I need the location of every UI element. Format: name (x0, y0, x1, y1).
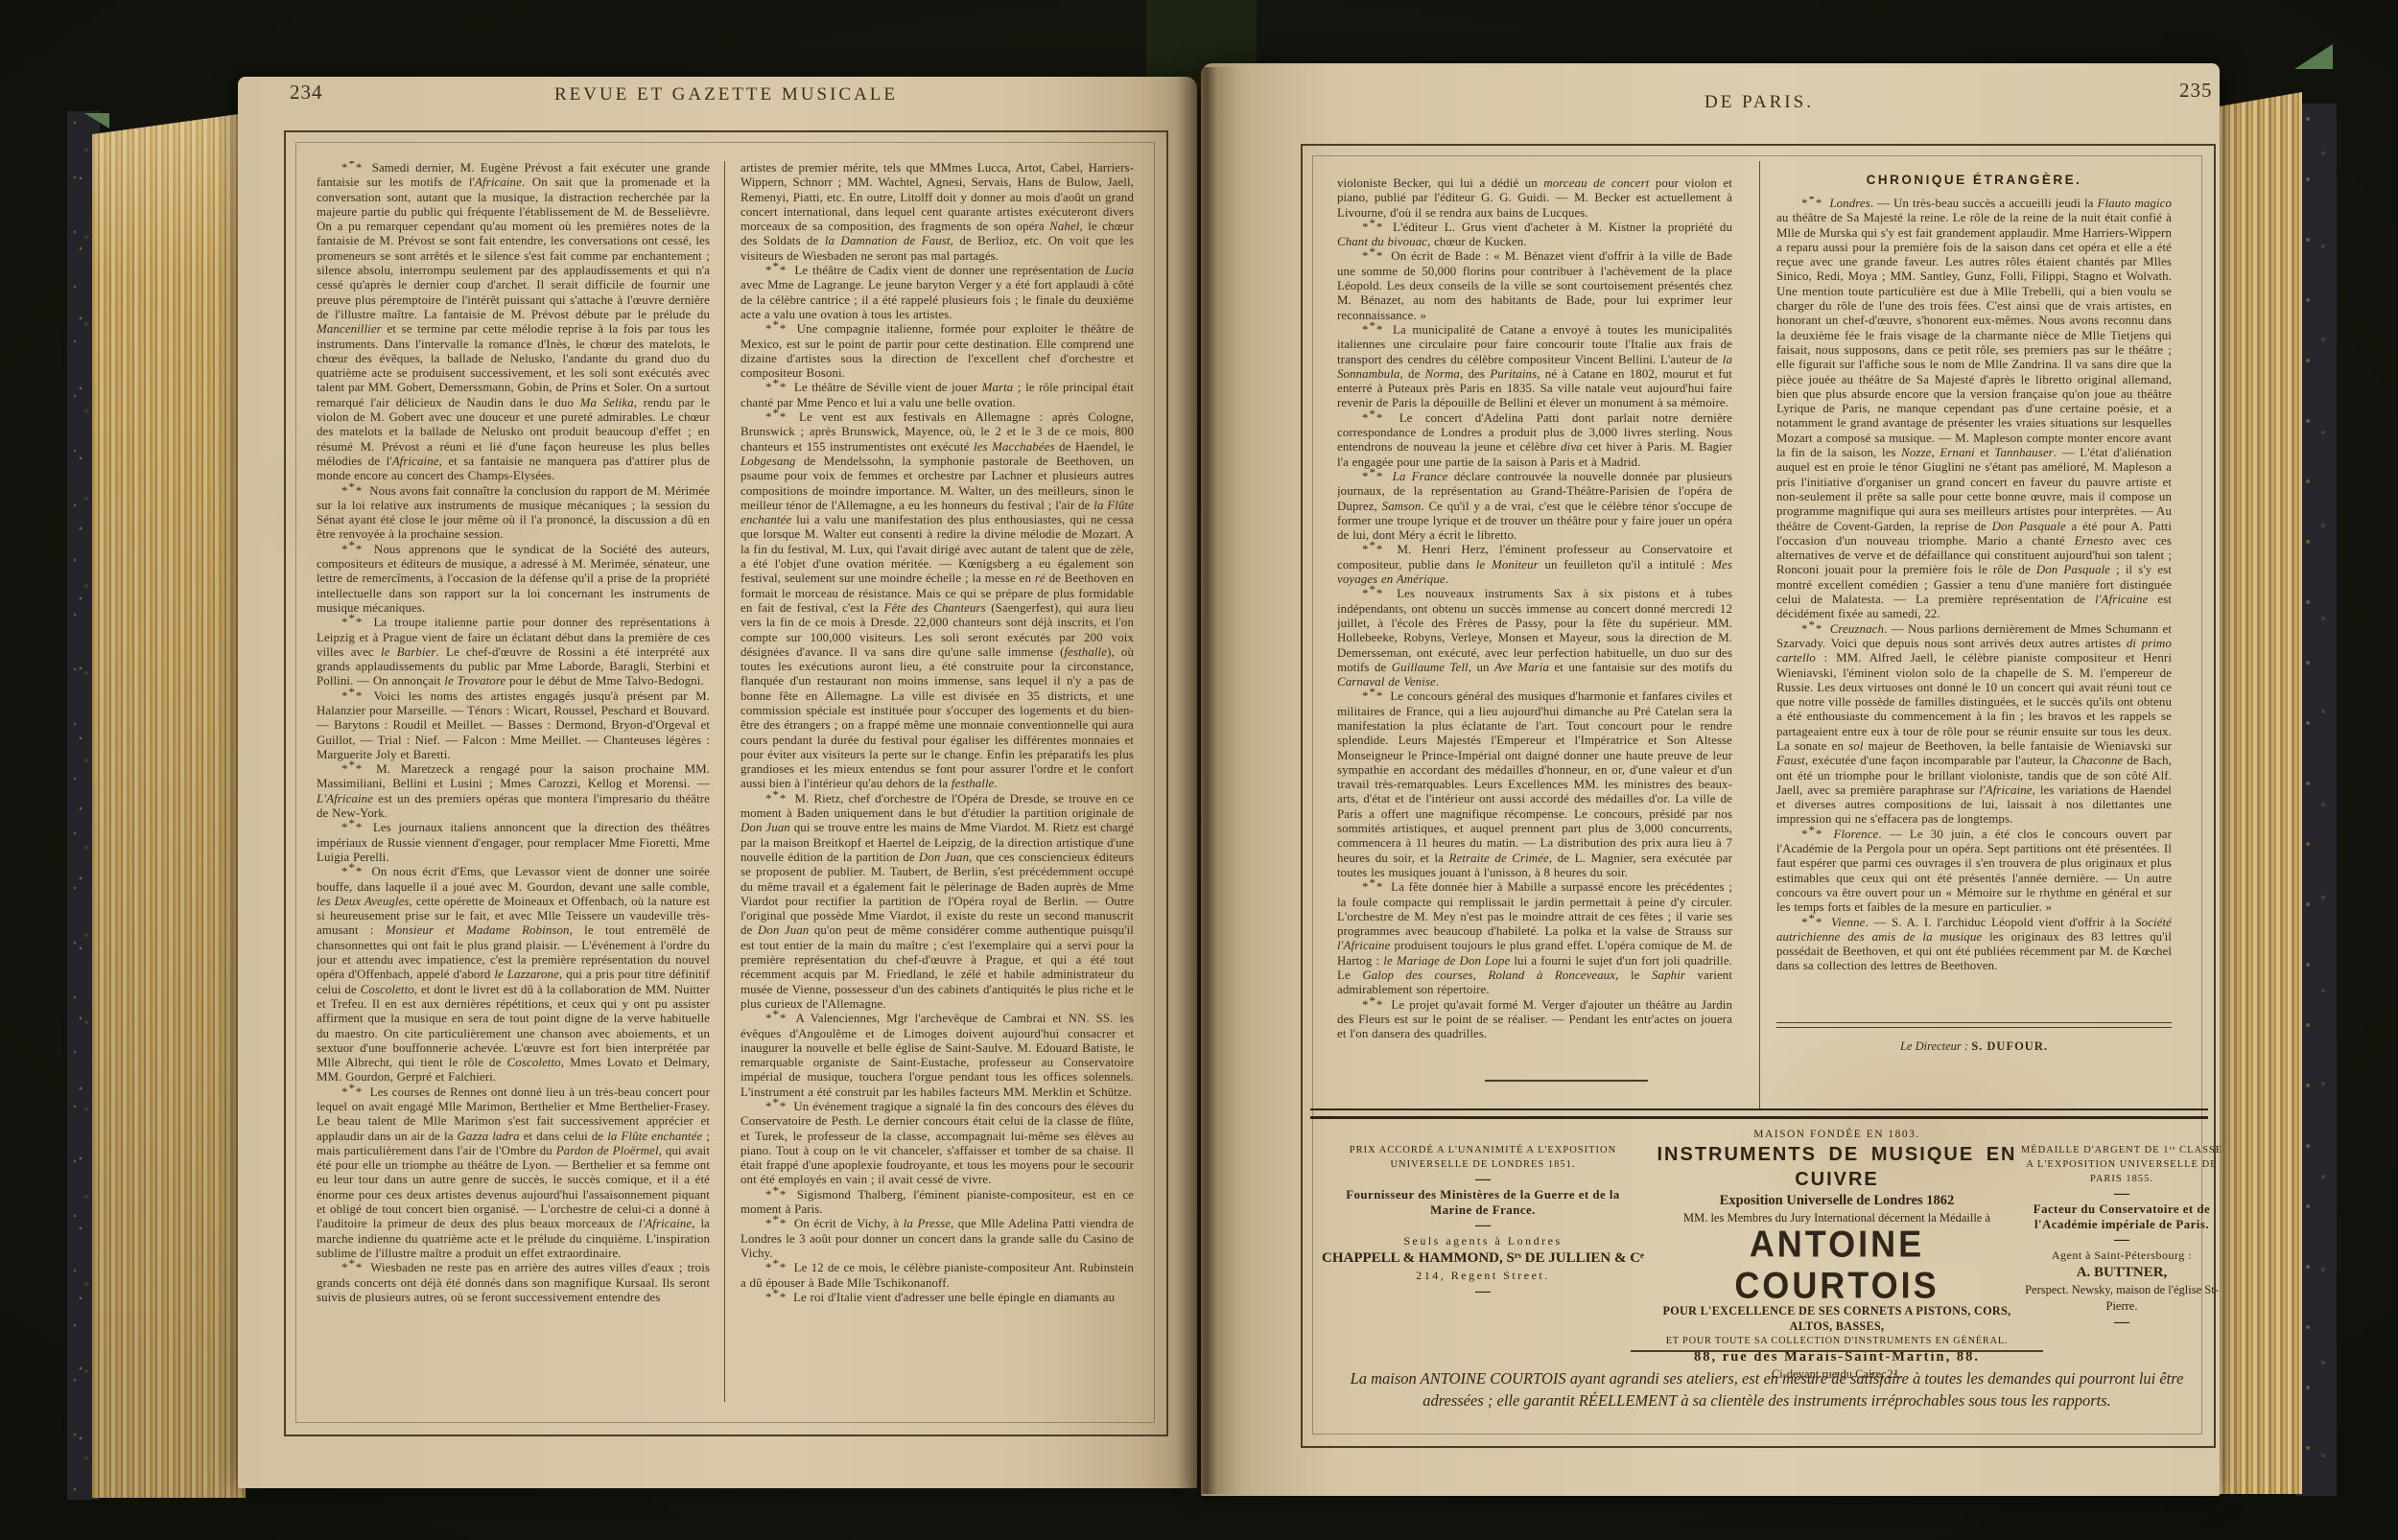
asterism-icon: *** (1801, 622, 1825, 636)
news-paragraph: *** Sigismond Thalberg, l'éminent pianis… (741, 1188, 1134, 1218)
asterism-icon: *** (765, 792, 789, 805)
asterism-icon: *** (341, 161, 365, 175)
news-paragraph: *** A Valenciennes, Mgr l'archevêque de … (741, 1012, 1134, 1100)
advert-agent-address: Perspect. Newsky, maison de l'église St-… (2020, 1282, 2223, 1315)
asterism-icon: *** (1362, 587, 1386, 600)
news-paragraph: *** Les journaux italiens annoncent que … (317, 821, 710, 865)
running-head-left: REVUE ET GAZETTE MUSICALE (284, 84, 1168, 105)
news-paragraph: *** Le théâtre de Séville vient de jouer… (741, 381, 1134, 410)
news-paragraph: *** On écrit de Bade : « M. Bénazet vien… (1337, 249, 1732, 322)
right-page-column-1: violoniste Becker, qui lui a dédié un mo… (1337, 176, 1732, 1063)
divider-dash: — (2020, 1232, 2223, 1248)
asterism-icon: *** (765, 1217, 789, 1230)
news-paragraph: *** Les nouveaux instruments Sax à six p… (1337, 587, 1732, 689)
asterism-icon: *** (341, 821, 365, 834)
left-page-column-2: artistes de premier mérite, tels que MMm… (741, 161, 1134, 1406)
advert-supplier: Fournisseur des Ministères de la Guerre … (1339, 1187, 1627, 1218)
news-paragraph: *** Le 12 de ce mois, le célèbre pianist… (741, 1261, 1134, 1291)
news-paragraph: *** Une compagnie italienne, formée pour… (741, 322, 1134, 381)
asterism-icon: *** (765, 410, 789, 424)
news-paragraph: *** Florence. — Le 30 juin, a été clos l… (1776, 828, 2172, 916)
news-paragraph: *** Nous avons fait connaître la conclus… (317, 484, 710, 543)
asterism-icon: *** (765, 1100, 789, 1113)
gutter-shadow (1176, 67, 1237, 1494)
news-paragraph: violoniste Becker, qui lui a dédié un mo… (1337, 176, 1732, 221)
director-signature: Le Directeur : S. DUFOUR. (1776, 1039, 2172, 1054)
advert-prize-line: PRIX ACCORDÉ A L'UNANIMITÉ A L'EXPOSITIO… (1316, 1143, 1650, 1157)
news-paragraph: *** Le théâtre de Cadix vient de donner … (741, 264, 1134, 322)
advert-agents-name: CHAPPELL & HAMMOND, Sʳˢ DE JULLIEN & Cᵉ (1316, 1249, 1650, 1268)
signature-divider (1776, 1022, 2172, 1028)
advert-agents-intro: Seuls agents à Londres (1316, 1233, 1650, 1249)
news-paragraph: *** Vienne. — S. A. I. l'archiduc Léopol… (1776, 916, 2172, 974)
news-paragraph: artistes de premier mérite, tels que MMm… (741, 161, 1134, 264)
director-label: Le Directeur : (1900, 1039, 1968, 1053)
news-paragraph: *** Le roi d'Italie vient d'adresser une… (741, 1291, 1134, 1305)
asterism-icon: *** (341, 689, 365, 703)
news-paragraph: *** Samedi dernier, M. Eugène Prévost a … (317, 161, 710, 484)
news-paragraph: *** Voici les noms des artistes engagés … (317, 689, 710, 762)
divider-dash: — (1316, 1172, 1650, 1187)
asterism-icon: *** (1801, 916, 1825, 929)
asterism-icon: *** (765, 1188, 789, 1202)
book-cover-right-edge (2296, 104, 2337, 1496)
asterism-icon: *** (765, 381, 789, 394)
left-page-column-1: *** Samedi dernier, M. Eugène Prévost a … (317, 161, 710, 1406)
divider-dash: — (1316, 1218, 1650, 1233)
right-page-column-2: CHRONIQUE ÉTRANGÈRE. *** Londres. — Un t… (1776, 173, 2172, 1021)
advert-top-rule (1310, 1108, 2208, 1119)
news-paragraph: *** Les courses de Rennes ont donné lieu… (317, 1085, 710, 1262)
advert-note: La maison ANTOINE COURTOIS ayant agrandi… (1326, 1367, 2208, 1412)
news-paragraph: *** Londres. — Un très-beau succès a acc… (1776, 197, 2172, 622)
asterism-icon: *** (1362, 543, 1386, 556)
asterism-icon: *** (341, 762, 365, 776)
book-spread-photo: 234 REVUE ET GAZETTE MUSICALE *** Samedi… (0, 0, 2398, 1540)
advert-brand-name: ANTOINE COURTOIS (1654, 1224, 2020, 1306)
asterism-icon: *** (341, 865, 365, 878)
chronique-etrangere-body: *** Londres. — Un très-beau succès a acc… (1776, 197, 2172, 1021)
column-end-rule (1485, 1080, 1648, 1082)
director-name: S. DUFOUR. (1971, 1039, 2048, 1053)
advert-medal-line: A L'EXPOSITION UNIVERSELLE DE PARIS 1855… (2020, 1157, 2223, 1186)
news-paragraph: *** M. Henri Herz, l'éminent professeur … (1337, 543, 1732, 587)
advert-collection: ET POUR TOUTE SA COLLECTION D'INSTRUMENT… (1654, 1334, 2020, 1348)
asterism-icon: *** (765, 1012, 789, 1025)
news-paragraph: *** Le concours général des musiques d'h… (1337, 689, 1732, 880)
asterism-icon: *** (1362, 880, 1386, 894)
asterism-icon: *** (341, 1085, 365, 1099)
news-paragraph: *** On nous écrit d'Ems, que Levassor vi… (317, 865, 710, 1085)
advert-founded: MAISON FONDÉE EN 1803. (1654, 1128, 2020, 1142)
asterism-icon: *** (1801, 197, 1825, 210)
asterism-icon: *** (1362, 323, 1386, 337)
advert-agent-name: A. BUTTNER, (2020, 1264, 2223, 1282)
divider-dash: — (2020, 1186, 2223, 1202)
advert-excellence: POUR L'EXCELLENCE DE SES CORNETS A PISTO… (1654, 1303, 2020, 1334)
asterism-icon: *** (765, 322, 789, 336)
asterism-icon: *** (1362, 411, 1386, 425)
news-paragraph: *** Wiesbaden ne reste pas en arrière de… (317, 1261, 710, 1305)
news-paragraph: *** M. Maretzeck a rengagé pour la saiso… (317, 762, 710, 821)
page-number-right: 235 (2179, 79, 2213, 103)
asterism-icon: *** (765, 1291, 789, 1304)
advert-medal-line: MÉDAILLE D'ARGENT DE 1ʳᵉ CLASSE (2020, 1143, 2223, 1157)
asterism-icon: *** (1362, 249, 1386, 263)
running-head-right: DE PARIS. (1303, 92, 2216, 113)
asterism-icon: *** (341, 484, 365, 498)
asterism-icon: *** (1362, 689, 1386, 703)
news-paragraph: *** La troupe italienne partie pour donn… (317, 616, 710, 688)
asterism-icon: *** (1362, 470, 1386, 483)
advert-prize-line: UNIVERSELLE DE LONDRES 1851. (1316, 1157, 1650, 1172)
page-stack-edges-left (92, 113, 246, 1498)
advert-left-block: PRIX ACCORDÉ A L'UNANIMITÉ A L'EXPOSITIO… (1316, 1143, 1650, 1299)
news-paragraph: *** Un événement tragique a signalé la f… (741, 1100, 1134, 1188)
news-paragraph: *** L'éditeur L. Grus vient d'acheter à … (1337, 221, 1732, 250)
advert-title: INSTRUMENTS DE MUSIQUE EN CUIVRE (1654, 1142, 2020, 1192)
news-paragraph: *** La France déclare controuvée la nouv… (1337, 470, 1732, 543)
news-paragraph: *** Le vent est aux festivals en Allemag… (741, 410, 1134, 792)
asterism-icon: *** (1801, 828, 1825, 841)
divider-dash: — (2020, 1315, 2223, 1330)
advert-center-block: MAISON FONDÉE EN 1803. INSTRUMENTS DE MU… (1654, 1128, 2020, 1383)
advert-expo: Exposition Universelle de Londres 1862 (1654, 1192, 2020, 1210)
section-heading-chronique-etrangere: CHRONIQUE ÉTRANGÈRE. (1776, 173, 2172, 187)
asterism-icon: *** (1362, 998, 1386, 1012)
asterism-icon: *** (765, 1261, 789, 1274)
asterism-icon: *** (1362, 221, 1386, 234)
asterism-icon: *** (341, 616, 365, 629)
divider-dash: — (1316, 1284, 1650, 1299)
advert-agents-address: 214, Regent Street. (1316, 1268, 1650, 1284)
advert-right-block: MÉDAILLE D'ARGENT DE 1ʳᵉ CLASSE A L'EXPO… (2020, 1143, 2223, 1330)
asterism-icon: *** (341, 1261, 365, 1274)
news-paragraph: *** La fête donnée hier à Mabille a surp… (1337, 880, 1732, 997)
news-paragraph: *** M. Rietz, chef d'orchestre de l'Opér… (741, 792, 1134, 1012)
news-paragraph: *** Le projet qu'avait formé M. Verger d… (1337, 998, 1732, 1042)
right-column-divider (1759, 161, 1760, 1108)
advert-facteur: Facteur du Conservatoire et de l'Académi… (2020, 1202, 2223, 1232)
cover-corner-accent-right (2294, 44, 2333, 69)
news-paragraph: *** Nous apprenons que le syndicat de la… (317, 543, 710, 616)
news-paragraph: *** Creuznach. — Nous parlions dernièrem… (1776, 622, 2172, 828)
asterism-icon: *** (765, 264, 789, 277)
asterism-icon: *** (341, 543, 365, 556)
advert-agent-intro: Agent à Saint-Pétersbourg : (2020, 1248, 2223, 1264)
news-paragraph: *** La municipalité de Catane a envoyé à… (1337, 323, 1732, 411)
left-column-divider (724, 161, 725, 1402)
advert-center-bottom-rule (1631, 1350, 2043, 1352)
cover-corner-accent-left (84, 113, 109, 128)
news-paragraph: *** On écrit de Vichy, à la Presse, que … (741, 1217, 1134, 1261)
news-paragraph: *** Le concert d'Adelina Patti dont parl… (1337, 411, 1732, 470)
